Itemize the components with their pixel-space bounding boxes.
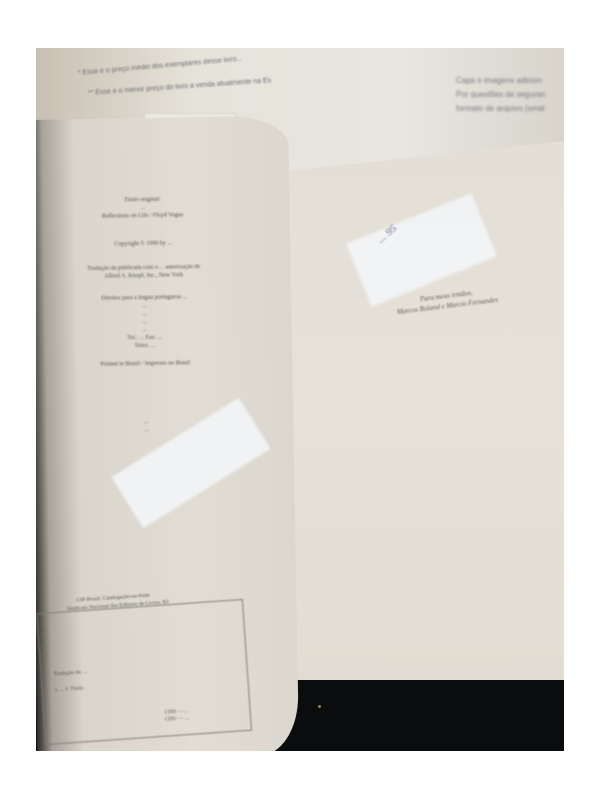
cip-line: ... bbox=[44, 652, 49, 658]
cip-line: 1. ... I. Título bbox=[55, 685, 84, 693]
screen-text-line: ** Esse é o menor preço do livro à venda… bbox=[88, 77, 272, 97]
photo-frame: * Esse é o preço médio dos exemplares de… bbox=[36, 48, 564, 751]
screen-text-right: Capa e imagens adicion bbox=[456, 76, 542, 85]
copyright-line: Telex: ... bbox=[60, 340, 230, 351]
copyright-line: Alfred A. Knopf, Inc., New York bbox=[59, 270, 229, 281]
cip-line: CDU — ... bbox=[165, 715, 189, 723]
dust-speck bbox=[318, 705, 321, 708]
screen-text-right: Por questões de seguran bbox=[456, 90, 545, 99]
copyright-line: Printed in Brazil / Impresso no Brasil bbox=[60, 358, 230, 369]
cip-line: ... bbox=[43, 636, 48, 642]
screen-text-line: * Esse é o preço médio dos exemplares de… bbox=[78, 56, 243, 77]
screen-text-right: formato de arquivo (smal bbox=[456, 104, 544, 113]
cip-catalog-box: CIP-Brasil. Catalogação-na-fonteSindicat… bbox=[36, 599, 252, 745]
cip-line: ... bbox=[42, 628, 47, 634]
cip-line: Tradução de: ... bbox=[53, 669, 88, 677]
copyright-line: Copyright © 1990 by ... bbox=[58, 238, 228, 249]
cip-line: ... bbox=[43, 644, 48, 650]
copyright-line: Reflections on Life / Floyd Vogue bbox=[58, 210, 228, 221]
